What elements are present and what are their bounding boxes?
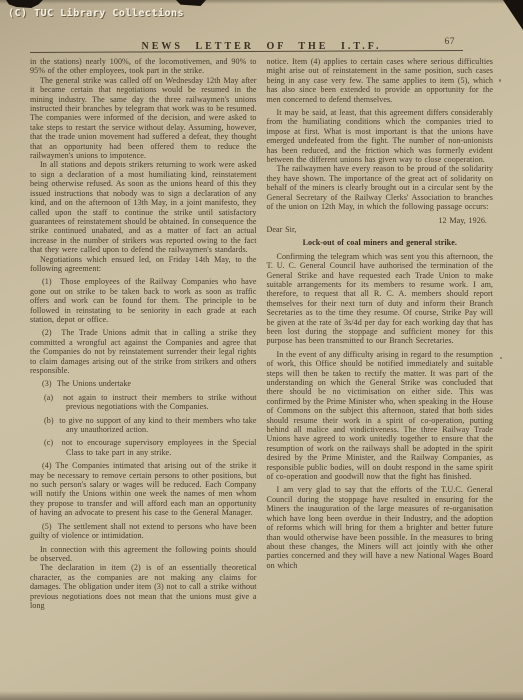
ink-speck [499, 79, 501, 82]
scan-artifact-top-left [6, 0, 43, 8]
page-number: 67 [445, 37, 456, 47]
paragraph: The railwaymen have every reason to be p… [267, 164, 494, 211]
page-header: NEWS LETTER OF THE I.T.F. 67 [0, 36, 523, 52]
scan-artifact-top-left-2 [176, 0, 206, 6]
paragraph: (4) The Companies intimated that arising… [30, 461, 257, 517]
scanned-newsletter-page: (C) TUC Library Collections NEWS LETTER … [0, 0, 523, 700]
paragraph: (3) The Unions undertake [30, 379, 257, 388]
paragraph: It may be said, at least, that this agre… [267, 108, 494, 164]
paragraph: The general strike was called off on Wed… [30, 76, 257, 161]
paragraph: (1) Those employees of the Railway Compa… [30, 277, 257, 324]
paragraph: notice. Item (4) applies to certain case… [267, 57, 494, 104]
library-watermark: (C) TUC Library Collections [8, 8, 184, 19]
ink-speck [500, 357, 502, 359]
paragraph: (a) not again to instruct their members … [30, 393, 257, 412]
paragraph: In all stations and depots strikers retu… [30, 160, 257, 254]
ink-speck [463, 546, 465, 548]
header-rule [30, 50, 463, 53]
paragraph: The declaration in item (2) is of an ess… [30, 563, 257, 610]
paragraph: (b) to give no support of any kind to th… [30, 416, 257, 435]
letter-subject-heading: Lock-out of coal miners and general stri… [267, 238, 494, 247]
paragraph: Confirming the telegram which was sent y… [267, 252, 494, 346]
text-columns: in the stations) nearly 100%, of the loc… [30, 57, 493, 657]
letter-salutation: Dear Sir, [267, 225, 494, 234]
scan-artifact-top-right [503, 0, 523, 30]
paragraph: in the stations) nearly 100%, of the loc… [30, 57, 257, 76]
paragraph: (c) not to encourage supervisory employe… [30, 438, 257, 457]
paragraph: In the event of any difficulty arising i… [267, 350, 494, 482]
right-column: notice. Item (4) applies to certain case… [267, 57, 494, 657]
left-column: in the stations) nearly 100%, of the loc… [30, 57, 257, 657]
paragraph: (5) The settlement shall not extend to p… [30, 522, 257, 541]
masthead: NEWS LETTER OF THE I.T.F. 67 [30, 36, 493, 49]
paragraph: In connection with this agreement the fo… [30, 545, 257, 564]
letter-date: 12 May, 1926. [267, 216, 494, 225]
paragraph: (2) The Trade Unions admit that in calli… [30, 328, 257, 375]
paragraph: I am very glad to say that the efforts o… [267, 485, 494, 570]
paragraph: Negotiations which ensued led, on Friday… [30, 255, 257, 274]
